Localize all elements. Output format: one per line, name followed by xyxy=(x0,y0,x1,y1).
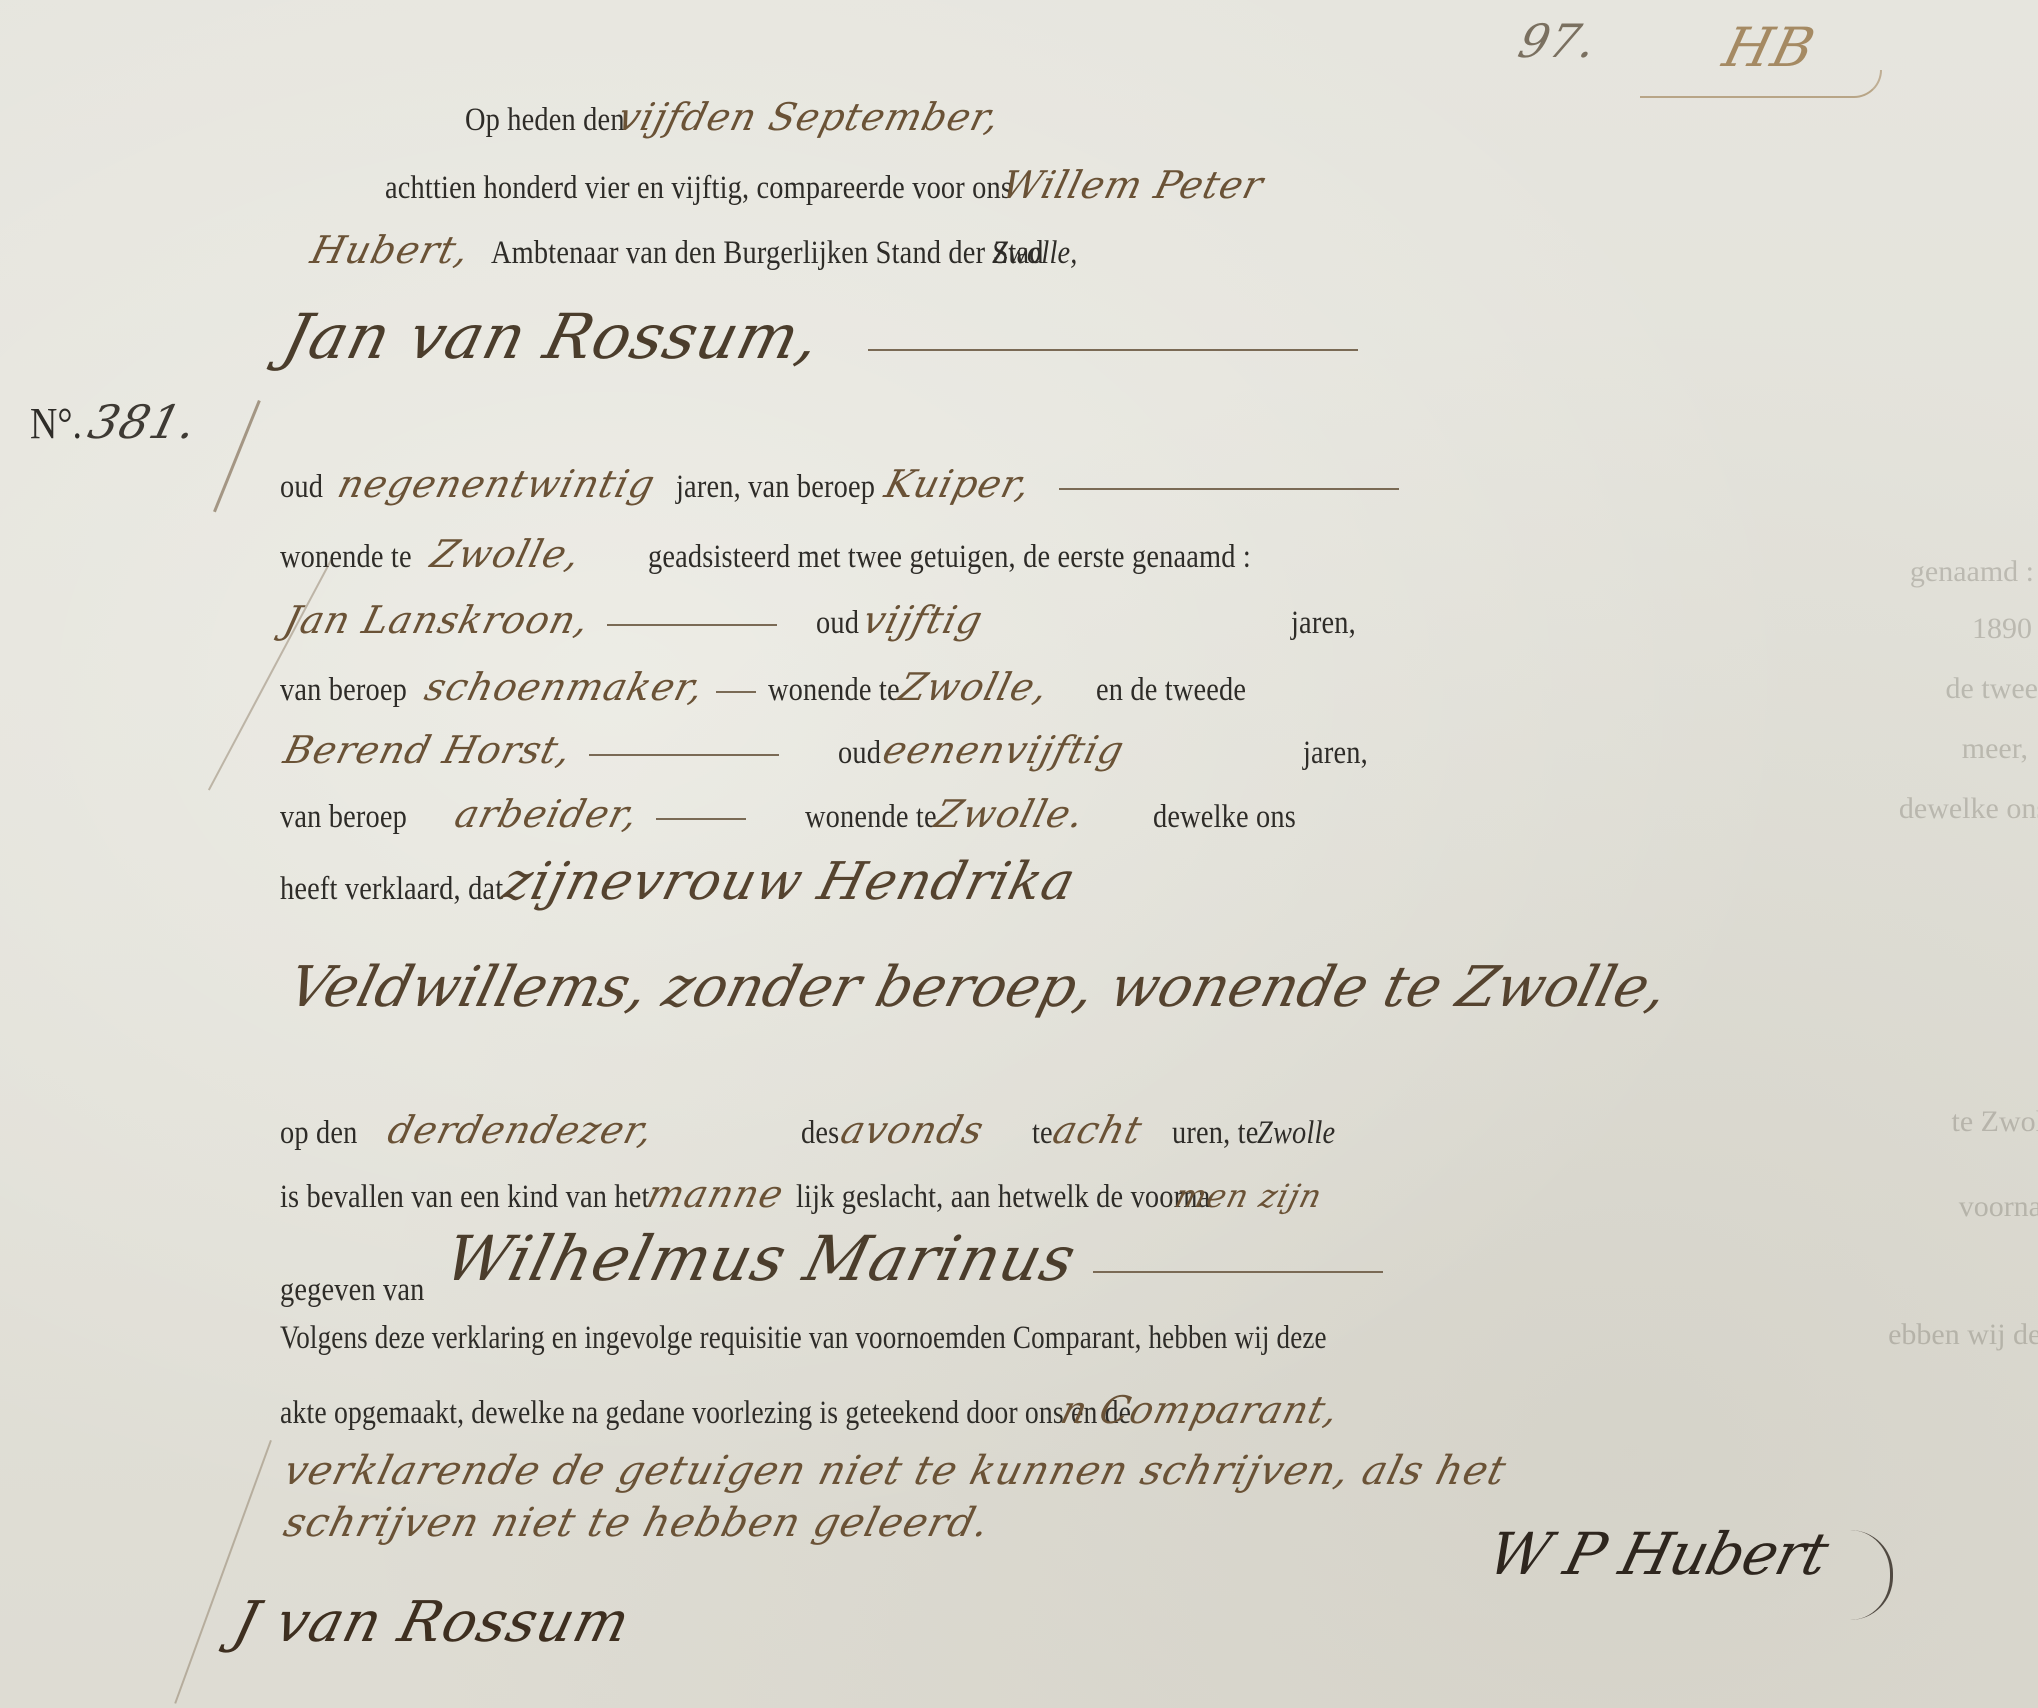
line-9: Berend Horst, oud eenenvijftig jaren, xyxy=(285,728,1378,772)
entry-number-prefix: N°. xyxy=(30,398,82,449)
handwritten-age: negenentwintig xyxy=(333,462,659,506)
line-8: van beroep schoenmaker, wonende te Zwoll… xyxy=(280,665,1271,709)
line-14: is bevallen van een kind van het manne l… xyxy=(280,1172,1322,1216)
fill-line xyxy=(1093,1271,1383,1273)
handwritten-witness2-residence: Zwolle. xyxy=(931,792,1090,836)
fill-line xyxy=(716,691,756,693)
line-18: verklarende de getuigen niet te kunnen s… xyxy=(285,1448,1505,1494)
handwritten-witness2-age: eenenvijftig xyxy=(879,728,1130,772)
printed-text: lijk geslacht, aan hetwelk de voorna xyxy=(796,1179,1210,1216)
fill-line xyxy=(589,754,779,756)
printed-text: oud xyxy=(280,469,323,506)
printed-text: wonende te xyxy=(280,539,412,576)
entry-number: N°.381. xyxy=(30,395,197,449)
line-11: heeft verklaard, dat zijnevrouw Hendrika xyxy=(280,852,1074,912)
handwritten-comparant: n Comparant, xyxy=(1056,1388,1343,1432)
bleed-through-text: te Zwol xyxy=(1952,1105,2038,1139)
printed-text: dewelke ons xyxy=(1153,799,1296,836)
handwritten-mother-intro: zijnevrouw Hendrika xyxy=(497,852,1082,912)
bleed-through-text: meer, xyxy=(1962,732,2028,766)
handwritten-witness1-age: vijftig xyxy=(859,598,988,642)
line-1: Op heden den vijfden September, xyxy=(465,95,1000,139)
fill-line xyxy=(868,349,1358,351)
fill-line xyxy=(607,624,777,626)
printed-text: akte opgemaakt, dewelke na gedane voorle… xyxy=(280,1395,1131,1432)
handwritten-mother-detail: Veldwillems, zonder beroep, wonende te Z… xyxy=(282,955,1674,1020)
line-5: oud negenentwintig jaren, van beroep Kui… xyxy=(280,462,1409,506)
line-4: Jan van Rossum, xyxy=(285,300,1368,373)
handwritten-part-of-day: avonds xyxy=(836,1108,988,1152)
handwritten-hour: acht xyxy=(1049,1108,1148,1152)
handwritten-sex: manne xyxy=(643,1172,789,1216)
signature-declarant: J van Rossum xyxy=(235,1590,629,1655)
printed-text: heeft verklaard, dat xyxy=(280,871,503,908)
printed-city: Zwolle, xyxy=(992,235,1078,272)
line-10: van beroep arbeider, wonende te Zwolle. … xyxy=(280,792,1319,836)
line-13: op den derdendezer, des avonds te acht u… xyxy=(280,1108,1348,1152)
line-19: schrijven niet te hebben geleerd. xyxy=(285,1500,989,1546)
bleed-through-text: voorna xyxy=(1959,1190,2038,1224)
printed-text: Op heden den xyxy=(465,102,625,139)
handwritten-residence: Zwolle, xyxy=(426,532,585,576)
line-17: akte opgemaakt, dewelke na gedane voorle… xyxy=(280,1388,1338,1432)
handwritten-occupation: Kuiper, xyxy=(881,462,1036,506)
bleed-through-text: dewelke ons xyxy=(1899,792,2038,826)
printed-text: is bevallen van een kind van het xyxy=(280,1179,650,1216)
signature-declarant-text: J van Rossum xyxy=(227,1590,637,1655)
bleed-through-text: de twee xyxy=(1946,672,2038,706)
printed-text: achttien honderd vier en vijftig, compar… xyxy=(385,170,1012,207)
printed-text: Ambtenaar van den Burgerlijken Stand der… xyxy=(491,235,1044,272)
bleed-through-text: ebben wij deze xyxy=(1888,1318,2038,1352)
handwritten-official-surname: Hubert, xyxy=(307,228,475,272)
handwritten-note-1: verklarende de getuigen niet te kunnen s… xyxy=(279,1448,1511,1494)
handwritten-witness2-name: Berend Horst, xyxy=(280,728,577,772)
handwritten-note-2: schrijven niet te hebben geleerd. xyxy=(279,1500,994,1546)
bleed-through-text: genaamd : xyxy=(1910,555,2034,589)
handwritten-witness1-occupation: schoenmaker, xyxy=(421,665,709,709)
printed-text: jaren, xyxy=(1303,735,1368,772)
folio-number: 97. xyxy=(1520,14,1596,68)
bleed-through-text: 1890 xyxy=(1972,612,2032,646)
fill-line xyxy=(1059,488,1399,490)
line-16: Volgens deze verklaring en ingevolge req… xyxy=(280,1320,1557,1357)
printed-text: oud xyxy=(838,735,881,772)
initials-flourish xyxy=(1640,70,1882,98)
handwritten-official-first-name: Willem Peter xyxy=(997,163,1268,207)
printed-text: des xyxy=(801,1115,839,1152)
printed-text: op den xyxy=(280,1115,357,1152)
handwritten-witness1-name: Jan Lanskroon, xyxy=(280,598,595,642)
printed-text: Volgens deze verklaring en ingevolge req… xyxy=(280,1320,1327,1357)
handwritten-child-name: Wilhelmus Marinus xyxy=(437,1222,1083,1295)
line-3: Hubert, Ambtenaar van den Burgerlijken S… xyxy=(312,228,1092,272)
printed-text: van beroep xyxy=(280,799,407,836)
line-6: wonende te Zwolle, geadsisteerd met twee… xyxy=(280,532,1349,576)
printed-text: jaren, van beroep xyxy=(676,469,875,506)
line-12: Veldwillems, zonder beroep, wonende te Z… xyxy=(290,955,1666,1020)
handwritten-birth-day: derdendezer, xyxy=(383,1108,658,1152)
printed-text: oud xyxy=(816,605,859,642)
handwritten-witness1-residence: Zwolle, xyxy=(895,665,1054,709)
printed-text: wonende te xyxy=(768,672,900,709)
printed-text: wonende te xyxy=(805,799,937,836)
signature-official-text: W P Hubert xyxy=(1482,1520,1835,1588)
folio-mark: 97. xyxy=(1513,14,1603,68)
signature-official: W P Hubert xyxy=(1490,1520,1826,1588)
printed-text: uren, te xyxy=(1172,1115,1258,1152)
printed-text: geadsisteerd met twee getuigen, de eerst… xyxy=(648,539,1251,576)
line-2: achttien honderd vier en vijftig, compar… xyxy=(385,163,1262,207)
line-7: Jan Lanskroon, oud vijftig jaren, xyxy=(285,598,1366,642)
printed-text: gegeven van xyxy=(280,1272,425,1309)
handwritten-suffix: men zijn xyxy=(1171,1177,1326,1215)
printed-text: jaren, xyxy=(1291,605,1356,642)
printed-text: en de tweede xyxy=(1096,672,1246,709)
handwritten-father-name: Jan van Rossum, xyxy=(276,300,828,373)
printed-text: van beroep xyxy=(280,672,407,709)
printed-city: Zwolle xyxy=(1257,1115,1335,1152)
handwritten-date: vijfden September, xyxy=(614,95,1005,139)
fill-line xyxy=(656,818,746,820)
entry-number-value: 381. xyxy=(84,395,204,449)
handwritten-witness2-occupation: arbeider, xyxy=(451,792,644,836)
line-15: gegeven van Wilhelmus Marinus xyxy=(280,1222,1393,1295)
